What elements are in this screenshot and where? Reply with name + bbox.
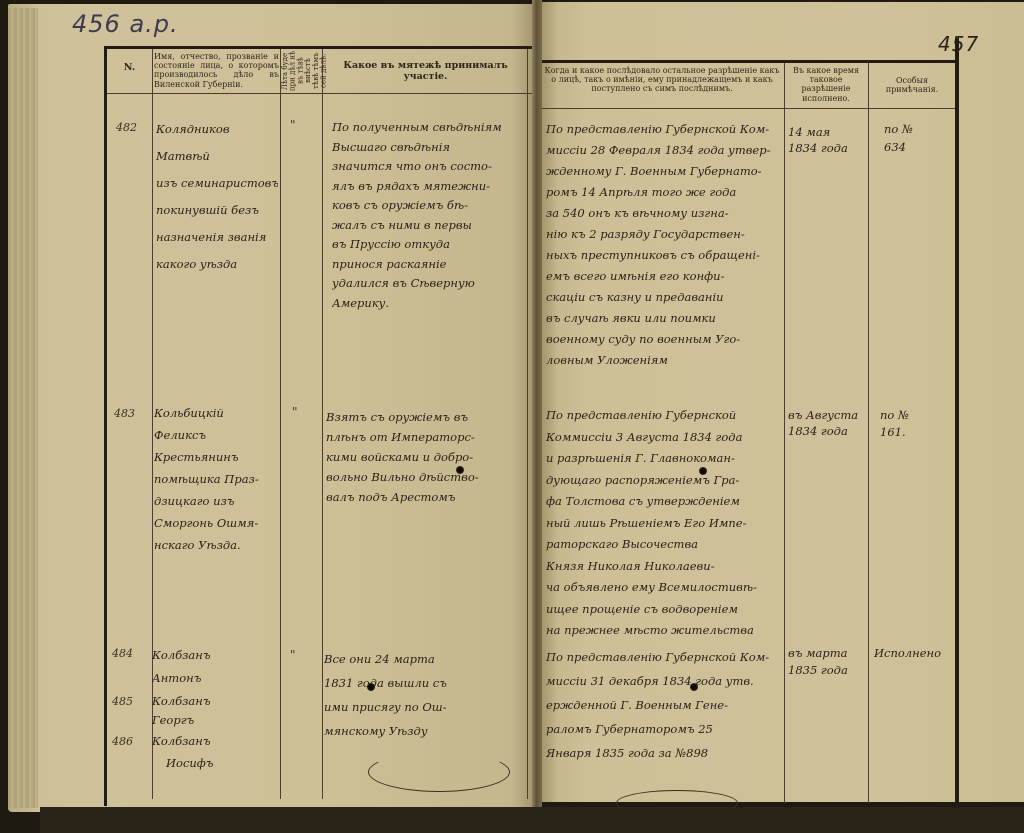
entry-number: 482 (116, 122, 137, 133)
age-ditto-mark: " (292, 405, 298, 419)
paper-hole (690, 683, 698, 691)
book-gutter (532, 0, 542, 833)
header-name: Имя, отчество, прозваніе и состояніе лиц… (154, 52, 279, 89)
entry-name: Колбзанъ Антонъ (152, 648, 278, 694)
bottom-shadow (40, 807, 1024, 833)
col-divider-participation (527, 49, 528, 799)
header-notes: Особыя примѣчанія. (870, 76, 954, 94)
paper-hole (699, 467, 707, 475)
entry-executed-date: въ марта 1835 года (788, 646, 868, 680)
age-ditto-mark: " (290, 648, 296, 662)
entry-resolution: По представленію Губернской Ком- миссіи … (546, 650, 782, 770)
entry-executed-date: 14 мая 1834 года (788, 125, 866, 157)
entry-notes: по № 161. (880, 408, 950, 442)
signature-flourish (368, 752, 510, 792)
entry-name: Кольбицкій Феликсъ Крестьянинъ помѣщика … (154, 406, 278, 560)
entry-name: Колбзанъ Георгъ (152, 694, 278, 732)
ledger-spread: 456 а.р. 457 N. Имя, отчество, прозваніе… (0, 0, 1024, 833)
age-ditto-mark: " (290, 118, 296, 132)
right-top-border (542, 60, 956, 63)
col-divider-age (322, 49, 323, 799)
header-number: N. (107, 63, 152, 74)
entry-name: Колядников Матвѣй изъ семинаристовъ поки… (156, 122, 278, 284)
col-divider-executed (868, 63, 869, 803)
signature-flourish (616, 790, 738, 816)
entry-executed-date: въ Августа 1834 года (788, 408, 866, 440)
header-resolution: Когда и какое послѣдовало остальное разр… (542, 66, 782, 94)
entry-notes: по № 634 (884, 122, 954, 158)
entry-resolution: По представленію Губернской Ком- миссіи … (546, 122, 782, 374)
entry-participation: Взятъ съ оружіемъ въ плѣнъ от Императорс… (326, 410, 524, 510)
col-divider-resolution (784, 63, 785, 803)
entry-participation: По полученным свѣдѣніям Высшаго свѣдѣнія… (332, 120, 526, 315)
left-top-border (107, 46, 532, 49)
entry-number: 485 (112, 696, 133, 707)
entry-number: 484 (112, 648, 133, 659)
header-age: Лѣта буде при дѣл нѣ въ тѣвѣ виѣстѣ тѣвѣ… (282, 50, 320, 92)
left-outer-border (104, 46, 107, 806)
left-folio-number: 456 а.р. (72, 10, 179, 38)
entry-name: Колбзанъ Иосифъ (152, 734, 278, 778)
right-header-divider (542, 108, 956, 109)
left-header-divider (107, 93, 532, 94)
paper-hole (456, 466, 464, 474)
right-outer-border (955, 38, 959, 808)
paper-hole (367, 683, 375, 691)
stacked-page-edges (8, 8, 38, 808)
header-executed: Въ какое время таковое разрѣшеніе исполн… (786, 66, 866, 103)
entry-number: 483 (114, 408, 135, 419)
entry-participation: Все они 24 марта 1831 года вышли съ ими … (324, 652, 522, 748)
header-participation: Какое въ мятежѣ принималъ участіе. (324, 61, 527, 83)
col-divider-name (280, 49, 281, 799)
entry-notes: Исполнено (874, 646, 954, 663)
entry-resolution: По представленію Губернской Коммиссіи 3 … (546, 408, 782, 645)
entry-number: 486 (112, 736, 133, 747)
